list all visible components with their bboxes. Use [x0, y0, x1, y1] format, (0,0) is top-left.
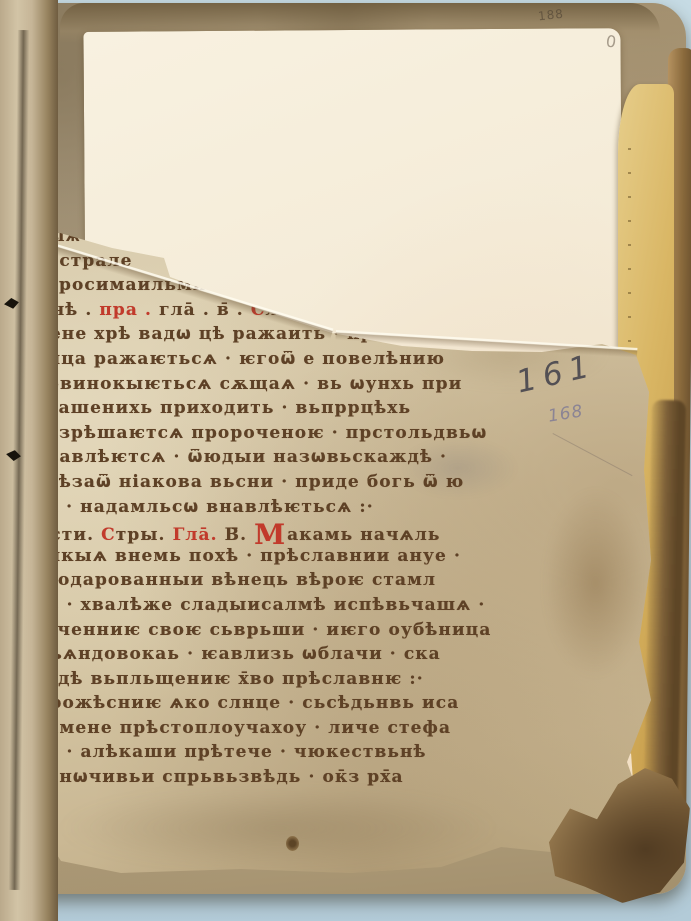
manuscript-line: вь · хвалѣже сладыисалмѣ испѣвьчашѧ · — [34, 595, 594, 620]
text-segment: бгодарованныи вѣнець вѣроѥ стамл — [34, 570, 436, 590]
manuscript-line: Вѣрожѣсниѥ ѧко слнце · сьсѣдьнвь иса — [21, 693, 594, 718]
text-segment: ѣрожѣсниѥ ѧко слнце · сьсѣдьнвь иса — [36, 693, 459, 713]
text-segment: мѣѧндовокаь · ѥавлизь ѡблачи · ска — [34, 644, 441, 664]
manuscript-line: звѣзаѿ ніакова вьсни · приде богь ѿ ю — [34, 472, 594, 497]
stain — [58, 788, 498, 868]
manuscript-line: никыѧ внемь похѣ · прѣславнии ануе · — [34, 546, 594, 571]
text-segment: вьавлѣѥтсѧ · ѿюдыи назѡвьскаждѣ · — [34, 447, 447, 467]
manuscript-line: камене прѣстоплоучахоу · личе стефа — [34, 718, 594, 743]
manuscript-line: не · алѣкаши прѣтече · чюкествьнѣ — [34, 742, 594, 767]
text-segment: глашенихь приходить · вьпррцѣхь — [34, 398, 411, 418]
text-segment: пра . — [99, 300, 159, 320]
text-segment: вь · хвалѣже сладыисалмѣ испѣвьчашѧ · — [34, 595, 485, 615]
text-segment: теченниѥ своѥ сьврьши · иѥго оубѣница — [34, 620, 491, 640]
text-segment: ра · надамльсѡ внавлѣѥтьсѧ :· — [34, 497, 374, 517]
text-segment: камене прѣстоплоучахоу · личе стефа — [34, 718, 451, 738]
manuscript-line: ница ражаѥтьсѧ · ѥгоѿ е повелѣнию — [34, 349, 594, 374]
manuscript-line: ра · надамльсѡ внавлѣѥтьсѧ :· — [34, 497, 594, 522]
text-segment: задѣ вьпльщениѥ х̄во прѣславнѥ :· — [34, 669, 424, 689]
text-segment: никыѧ внемь похѣ · прѣславнии ануе · — [34, 546, 461, 566]
manuscript-line: бгодарованныи вѣнець вѣроѥ стамл — [34, 570, 594, 595]
manuscript-line: разрѣшаѥтсѧ пророченоѥ · прстольдвьѡ — [34, 423, 594, 448]
text-segment: акамь начѧль — [287, 525, 440, 545]
text-segment: ница ражаѥтьсѧ · ѥгоѿ е повелѣнию — [34, 349, 445, 369]
text-segment: В̄. — [225, 525, 255, 545]
text-segment: тры. — [116, 525, 173, 545]
manuscript-line: вонѡчивьи спрьвьзвѣдь · ок̄з рх̄а — [34, 767, 594, 792]
manuscript-line: мѣѧндовокаь · ѥавлизь ѡблачи · ска — [34, 644, 594, 669]
text-segment: вонѡчивьи спрьвьзвѣдь · ок̄з рх̄а — [34, 767, 404, 787]
manuscript-line: теченниѥ своѥ сьврьши · иѥго оубѣница — [34, 620, 594, 645]
manuscript-line: вьавлѣѥтсѧ · ѿюдыи назѡвьскаждѣ · — [34, 447, 594, 472]
text-segment: разрѣшаѥтсѧ пророченоѥ · прстольдвьѡ — [34, 423, 487, 443]
text-segment: звѣзаѿ ніакова вьсни · приде богь ѿ ю — [34, 472, 464, 492]
manuscript-line: Насти. Стры. Гла̄. В̄. Макамь начѧль — [21, 521, 594, 546]
text-segment: С — [101, 525, 116, 545]
text-segment: повинокыѥтьсѧ сѫщаѧ · вь ѡунхь при — [34, 374, 462, 394]
manuscript-line: повинокыѥтьсѧ сѫщаѧ · вь ѡунхь при — [34, 374, 594, 399]
manuscript-line: задѣ вьпльщениѥ х̄во прѣславнѥ :· — [34, 669, 594, 694]
faint-inscription: 188 — [537, 7, 564, 24]
text-segment: Гла̄. — [173, 525, 225, 545]
parchment-hole — [286, 836, 299, 851]
manuscript-photo: ныѧвостралеспросимаильмиЙннѣ . пра . гла… — [0, 0, 691, 921]
manuscript-line: глашенихь приходить · вьпррцѣхь — [34, 398, 594, 423]
text-segment: не · алѣкаши прѣтече · чюкествьнѣ — [34, 742, 427, 762]
